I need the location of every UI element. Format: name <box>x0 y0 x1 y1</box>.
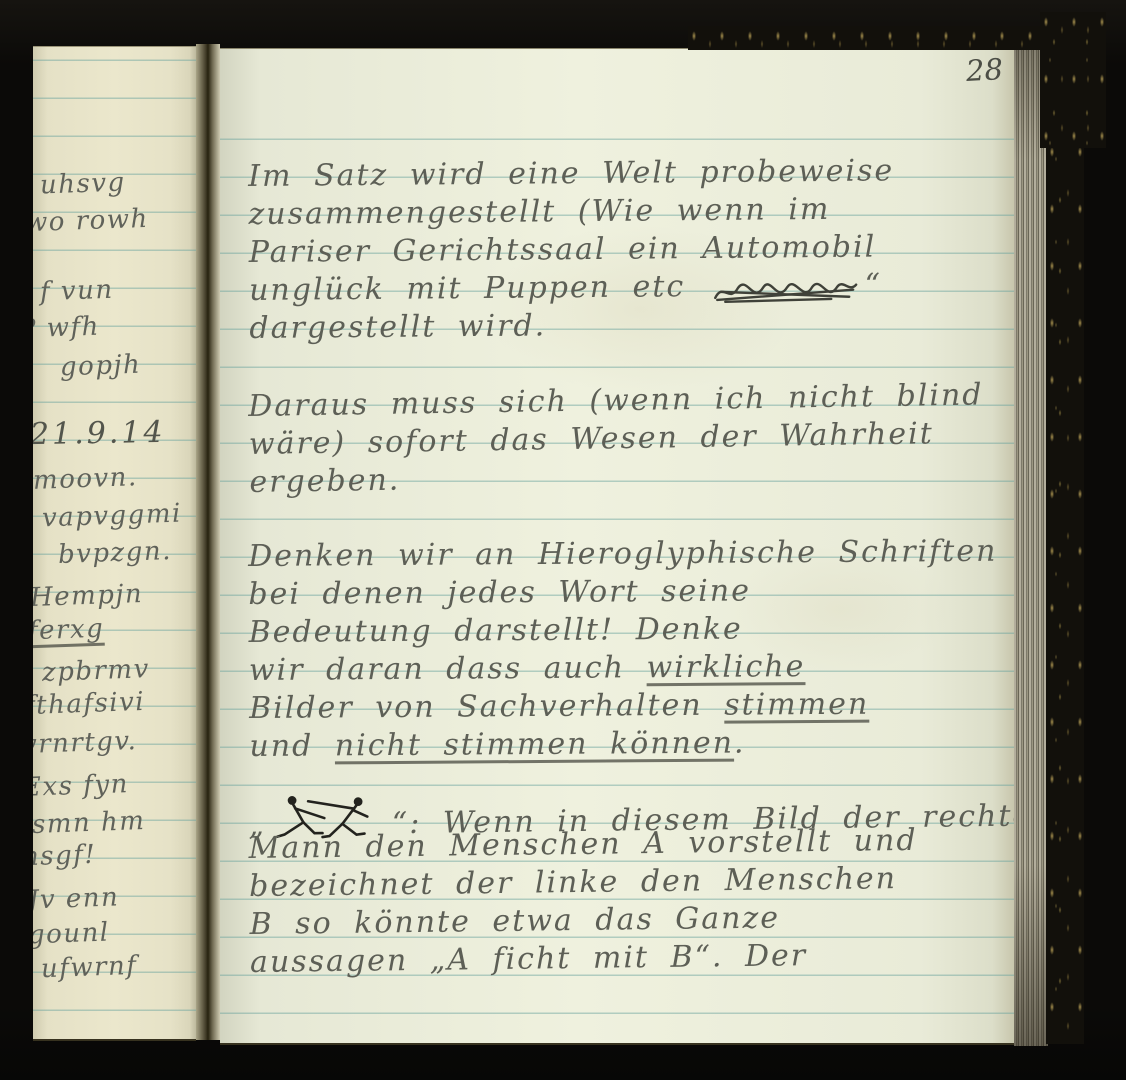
handwriting-segment: dargestellt wird. <box>249 308 546 346</box>
handwriting-line: wir daran dass auch wirkliche <box>249 648 998 691</box>
handwriting-fragment: vrnrtgv. <box>33 726 138 760</box>
handwriting-line: Pariser Gerichtssaal ein Automobil <box>249 229 895 273</box>
handwriting-fragment: gopjh <box>60 350 142 383</box>
handwriting-segment: Mann den Menschen A vorstellt und <box>248 823 917 866</box>
handwriting-segment: Im Satz wird eine Welt probeweise <box>248 153 894 194</box>
handwriting-segment: Hempjn <box>33 579 144 613</box>
cover-corner <box>1040 12 1106 148</box>
handwriting-fragment: gounl <box>33 918 110 951</box>
handwriting-segment: “ <box>865 267 883 302</box>
paragraph: Daraus muss sich (wenn ich nicht blindwä… <box>248 377 985 503</box>
handwriting-segment: . <box>734 726 746 761</box>
handwriting-fragment: f vun <box>39 275 114 308</box>
handwriting-segment: gounl <box>33 918 110 951</box>
handwriting-segment: stimmen <box>724 687 869 723</box>
handwriting-segment: nsgf! <box>33 840 97 873</box>
handwriting-fragment: uhsvg <box>40 168 127 201</box>
handwriting-line: und nicht stimmen können. <box>249 724 998 767</box>
handwriting-segment: v ufwrnf <box>33 951 138 985</box>
cover-marbled-strip <box>1046 28 1084 1044</box>
handwriting-line: Bilder von Sachverhalten stimmen <box>249 686 998 729</box>
handwriting-segment: ergeben. <box>249 463 400 500</box>
handwriting-fragment: moovn. <box>33 462 138 496</box>
handwriting-fragment: zpbrmv <box>42 654 151 688</box>
paragraph: Denken wir an Hieroglyphische Schriftenb… <box>248 534 999 767</box>
handwriting-fragment: Exs fyn <box>33 769 129 803</box>
handwriting-fragment: vapvggmi <box>42 499 183 534</box>
handwriting-line: Bedeutung darstellt! Denke <box>249 610 998 653</box>
handwriting-line: bei denen jedes Wort seine <box>248 572 997 615</box>
gutter-shadow <box>196 44 220 1040</box>
handwriting-fragment: v ufwrnf <box>33 951 138 985</box>
handwriting-segment: wir daran dass auch <box>249 650 647 688</box>
date-entry: 21.9.14 <box>33 415 166 452</box>
handwriting-segment: aussagen „A ficht mit B“. Der <box>250 938 807 980</box>
handwriting-segment: Denken wir an Hieroglyphische Schriften <box>248 534 997 574</box>
handwriting-segment: zusammengestellt (Wie wenn im <box>248 192 830 232</box>
handwriting-segment: bei denen jedes Wort seine <box>248 573 751 612</box>
handwriting-segment: Jv enn <box>33 882 120 915</box>
handwriting-segment: ferxg <box>33 614 105 647</box>
handwriting-line: Im Satz wird eine Welt probeweise <box>248 153 894 197</box>
handwriting-segment: uhsvg <box>40 168 127 201</box>
handwriting-fragment: nsgf! <box>33 840 97 873</box>
handwriting-segment: bezeichnet der linke den Menschen <box>249 861 897 904</box>
handwriting-segment: bvpzgn. <box>58 536 173 570</box>
handwriting-segment: B so könnte etwa das Ganze <box>249 901 780 942</box>
handwriting-segment: moovn. <box>33 462 138 496</box>
cover-top-edge <box>688 26 1048 50</box>
handwriting-fragment: P wfh <box>33 312 100 345</box>
handwriting-segment: f vun <box>39 275 114 308</box>
handwriting-segment: Bilder von Sachverhalten <box>249 688 724 726</box>
handwriting-segment: vrnrtgv. <box>33 726 138 760</box>
handwriting-segment: wo rowh <box>33 204 149 238</box>
handwriting-segment: fthafsivi <box>33 687 146 721</box>
handwriting-segment: nicht stimmen können <box>335 726 734 764</box>
handwriting-line: zusammengestellt (Wie wenn im <box>248 191 894 235</box>
left-page: uhsvgwo rowhf vunP wfhgopjhmoovn.vapvggm… <box>33 46 196 1041</box>
handwriting-segment: wirkliche <box>646 649 805 685</box>
handwriting-fragment: ferxg <box>33 614 105 647</box>
scribbled-out-word-icon <box>711 277 861 306</box>
handwriting-line: dargestellt wird. <box>249 305 895 349</box>
handwriting-fragment: fthafsivi <box>33 687 146 721</box>
handwriting-fragment: wo rowh <box>33 204 149 238</box>
handwriting-segment: Exs fyn <box>33 769 129 803</box>
paragraph: Im Satz wird eine Welt probeweisezusamme… <box>248 153 896 349</box>
handwriting-fragment: bvpzgn. <box>58 536 173 570</box>
handwriting-line: unglück mit Puppen etc “ <box>249 267 895 311</box>
handwriting-fragment: Hempjn <box>33 579 144 613</box>
handwriting-fragment: Jv enn <box>33 882 120 915</box>
paragraph: „ “: Wenn in diesem Bild der rechteMann … <box>248 783 1016 983</box>
handwriting-segment: unglück mit Puppen etc <box>249 269 707 308</box>
notebook-scan: uhsvgwo rowhf vunP wfhgopjhmoovn.vapvggm… <box>0 0 1126 1080</box>
right-page-text: Im Satz wird eine Welt probeweisezusamme… <box>248 49 1016 1043</box>
handwriting-segment: gopjh <box>60 350 142 383</box>
handwriting-segment: zpbrmv <box>42 654 151 688</box>
handwriting-line: Denken wir an Hieroglyphische Schriften <box>248 534 997 577</box>
handwriting-segment: Pariser Gerichtssaal ein Automobil <box>249 230 877 270</box>
handwriting-fragment: smn hm <box>33 806 146 840</box>
handwriting-segment: vapvggmi <box>42 499 183 534</box>
handwriting-segment: und <box>249 728 335 764</box>
fore-edge-page-stack <box>1014 40 1048 1046</box>
handwriting-segment: P wfh <box>33 312 100 345</box>
right-page: 28 Im Satz wird eine Welt probeweisezusa… <box>220 48 1016 1045</box>
handwriting-segment: smn hm <box>33 806 146 840</box>
handwriting-segment: Bedeutung darstellt! Denke <box>249 612 743 650</box>
